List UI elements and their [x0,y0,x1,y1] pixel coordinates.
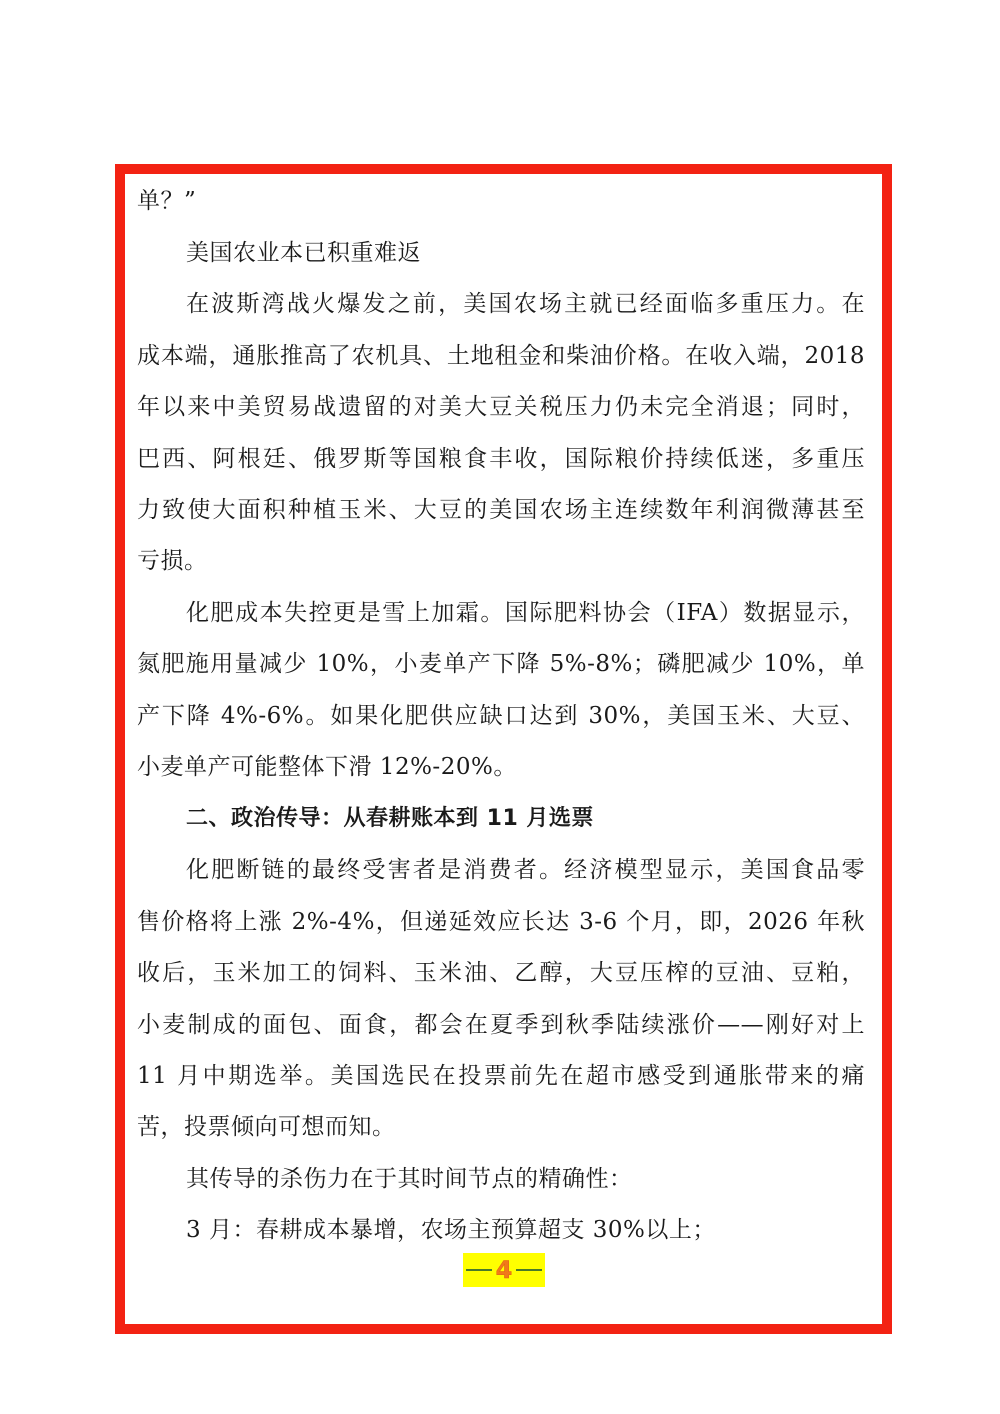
paragraph-line: 化肥成本失控更是雪上加霜。国际肥料协会（IFA）数据显示， [186,598,865,628]
paragraph-line: 其传导的杀伤力在于其时间节点的精确性： [186,1164,633,1194]
paragraph-line: 小麦制成的面包、面食，都会在夏季到秋季陆续涨价——刚好对上 [137,1010,865,1040]
paragraph-line: 在波斯湾战火爆发之前，美国农场主就已经面临多重压力。在 [186,289,865,319]
section-heading-political-transmission: 二、政治传导：从春耕账本到 11 月选票 [186,804,594,834]
page-red-frame [115,164,892,1334]
page-number-badge: 4 [463,1253,545,1287]
dash-right-decoration [516,1269,542,1271]
text-line-continuation: 单？” [137,186,196,216]
paragraph-line: 售价格将上涨 2%-4%，但递延效应长达 3-6 个月，即，2026 年秋 [137,907,865,937]
paragraph-line: 力致使大面积种植玉米、大豆的美国农场主连续数年利润微薄甚至 [137,495,865,525]
subheading-us-agriculture: 美国农业本已积重难返 [186,238,421,268]
paragraph-line: 苦，投票倾向可想而知。 [137,1112,396,1142]
paragraph-line: 氮肥施用量减少 10%，小麦单产下降 5%-8%；磷肥减少 10%，单 [137,649,865,679]
paragraph-line: 产下降 4%-6%。如果化肥供应缺口达到 30%，美国玉米、大豆、 [137,701,865,731]
list-item-march: 3 月：春耕成本暴增，农场主预算超支 30%以上； [186,1215,716,1245]
paragraph-line: 巴西、阿根廷、俄罗斯等国粮食丰收，国际粮价持续低迷，多重压 [137,444,865,474]
paragraph-line: 成本端，通胀推高了农机具、土地租金和柴油价格。在收入端，2018 [137,341,865,371]
paragraph-line: 年以来中美贸易战遗留的对美大豆关税压力仍未完全消退；同时， [137,392,865,422]
paragraph-line: 11 月中期选举。美国选民在投票前先在超市感受到通胀带来的痛 [137,1061,865,1091]
paragraph-line: 小麦单产可能整体下滑 12%-20%。 [137,752,517,782]
paragraph-line: 亏损。 [137,546,208,576]
dash-left-decoration [466,1269,492,1271]
paragraph-line: 化肥断链的最终受害者是消费者。经济模型显示，美国食品零 [186,855,865,885]
paragraph-line: 收后，玉米加工的饲料、玉米油、乙醇，大豆压榨的豆油、豆粕， [137,958,865,988]
page-number: 4 [496,1253,513,1287]
